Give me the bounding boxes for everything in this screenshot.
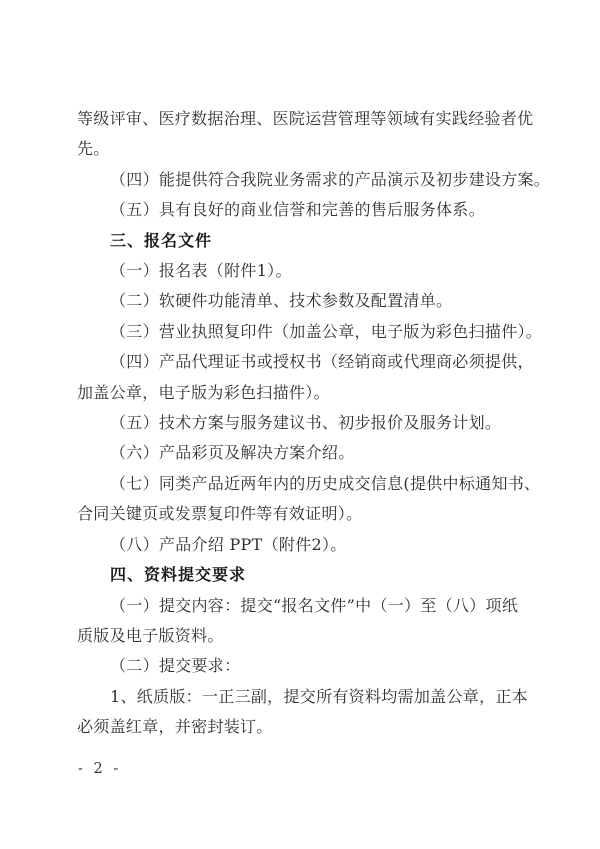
paragraph-continuation-line: 合同关键页或发票复印件等有效证明）。 — [77, 499, 532, 529]
section-heading: 三、报名文件 — [77, 226, 532, 256]
list-item-line: （三）营业执照复印件（加盖公章，电子版为彩色扫描件）。 — [77, 317, 532, 347]
paragraph-continuation-line: 等级评审、医疗数据治理、医院运营管理等领域有实践经验者优 — [77, 104, 532, 134]
paragraph-continuation-line: 加盖公章，电子版为彩色扫描件）。 — [77, 378, 532, 408]
paragraph-continuation-line: 必须盖红章，并密封装订。 — [77, 712, 532, 742]
list-item-line: （六）产品彩页及解决方案介绍。 — [77, 438, 532, 468]
list-item-line: （二）提交要求： — [77, 651, 532, 681]
page-number: - 2 - — [78, 761, 121, 777]
section-heading: 四、资料提交要求 — [77, 560, 532, 590]
list-item-line: （四）产品代理证书或授权书（经销商或代理商必须提供， — [77, 347, 532, 377]
paragraph-continuation-line: 先。 — [77, 134, 532, 164]
list-item-line: （五）技术方案与服务建议书、初步报价及服务计划。 — [77, 408, 532, 438]
list-item-line: （八）产品介绍 PPT（附件2）。 — [77, 530, 532, 560]
list-item-line: （二）软硬件功能清单、技术参数及配置清单。 — [77, 286, 532, 316]
list-item-line: （一）提交内容：提交“报名文件”中（一）至（八）项纸 — [77, 591, 532, 621]
list-item-line: 1、纸质版：一正三副，提交所有资料均需加盖公章，正本 — [77, 682, 532, 712]
list-item-line: （七）同类产品近两年内的历史成交信息(提供中标通知书、 — [77, 469, 532, 499]
paragraph-continuation-line: 质版及电子版资料。 — [77, 621, 532, 651]
list-item-line: （四）能提供符合我院业务需求的产品演示及初步建设方案。 — [77, 165, 532, 195]
document-body: 等级评审、医疗数据治理、医院运营管理等领域有实践经验者优 先。 （四）能提供符合… — [77, 104, 532, 743]
document-page: 等级评审、医疗数据治理、医院运营管理等领域有实践经验者优 先。 （四）能提供符合… — [0, 0, 600, 849]
list-item-line: （一）报名表（附件1）。 — [77, 256, 532, 286]
list-item-line: （五）具有良好的商业信誉和完善的售后服务体系。 — [77, 195, 532, 225]
